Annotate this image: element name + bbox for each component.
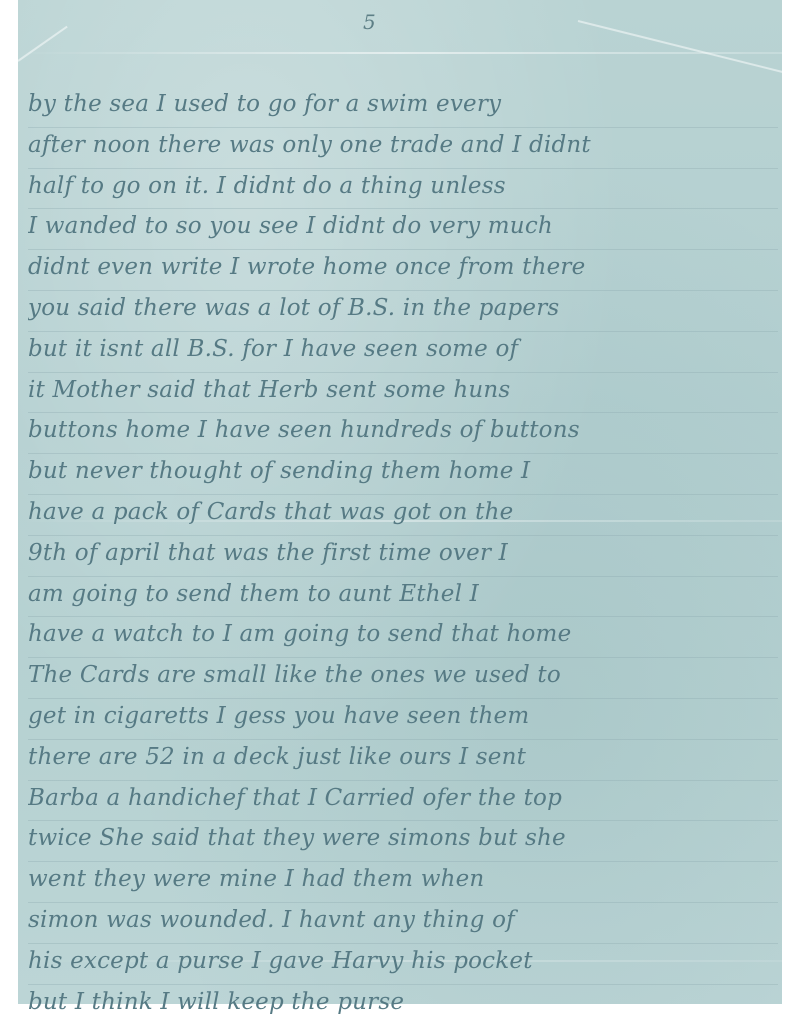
paper-fold — [18, 52, 782, 54]
handwritten-line: but it isnt all B.S. for I have seen som… — [28, 332, 778, 373]
handwritten-line: there are 52 in a deck just like ours I … — [28, 740, 778, 781]
handwritten-line: am going to send them to aunt Ethel I — [28, 577, 778, 618]
handwritten-line: but never thought of sending them home I — [28, 454, 778, 495]
handwritten-line: it Mother said that Herb sent some huns — [28, 373, 778, 414]
paper-crease — [578, 20, 792, 75]
handwritten-line: by the sea I used to go for a swim every — [28, 87, 778, 128]
handwritten-line: didnt even write I wrote home once from … — [28, 250, 778, 291]
handwritten-line: simon was wounded. I havnt any thing of — [28, 903, 778, 944]
handwritten-line: you said there was a lot of B.S. in the … — [28, 291, 778, 332]
handwritten-line: after noon there was only one trade and … — [28, 128, 778, 169]
handwritten-line: have a watch to I am going to send that … — [28, 617, 778, 658]
handwritten-line: buttons home I have seen hundreds of but… — [28, 413, 778, 454]
page-number: 5 — [363, 10, 376, 34]
letter-body: by the sea I used to go for a swim every… — [28, 87, 778, 1024]
handwritten-line: but I think I will keep the purse — [28, 985, 778, 1024]
handwritten-line: I wanded to so you see I didnt do very m… — [28, 209, 778, 250]
handwritten-line: The Cards are small like the ones we use… — [28, 658, 778, 699]
handwritten-line: have a pack of Cards that was got on the — [28, 495, 778, 536]
handwritten-line: half to go on it. I didnt do a thing unl… — [28, 169, 778, 210]
paper-crease — [17, 26, 67, 62]
handwritten-line: twice She said that they were simons but… — [28, 821, 778, 862]
handwritten-line: his except a purse I gave Harvy his pock… — [28, 944, 778, 985]
letter-page: 5 by the sea I used to go for a swim eve… — [18, 0, 782, 1004]
handwritten-line: went they were mine I had them when — [28, 862, 778, 903]
handwritten-line: 9th of april that was the first time ove… — [28, 536, 778, 577]
handwritten-line: get in cigaretts I gess you have seen th… — [28, 699, 778, 740]
handwritten-line: Barba a handichef that I Carried ofer th… — [28, 781, 778, 822]
